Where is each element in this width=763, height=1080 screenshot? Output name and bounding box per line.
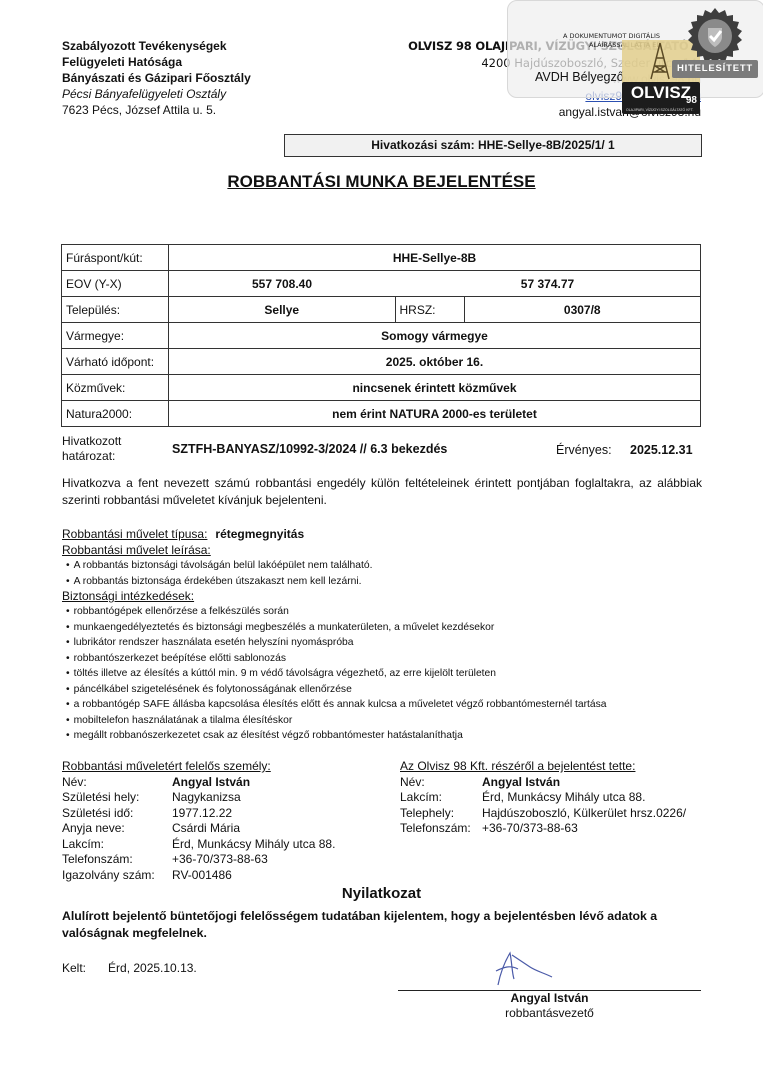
reporter-block: Az Olvisz 98 Kft. részéről a bejelentést… <box>400 759 703 837</box>
field-value: Csárdi Mária <box>172 821 240 837</box>
operation-description-list: A robbantás biztonsági távolságán belül … <box>66 558 372 589</box>
well-info-table: Fúráspont/kút: HHE-Sellye-8B EOV (Y-X) 5… <box>61 244 701 427</box>
field-label: Név: <box>62 775 172 791</box>
county-value: Somogy vármegye <box>169 323 701 349</box>
intro-paragraph: Hivatkozva a fent nevezett számú robbant… <box>62 475 702 509</box>
eov-y-value: 557 708.40 <box>169 271 396 297</box>
operation-type-row: Robbantási művelet típusa:rétegmegnyitás <box>62 527 304 541</box>
well-label: Fúráspont/kút: <box>62 245 169 271</box>
olvisz-logo: OLVISZ 98 OLAJIPARI, VÍZÜGYI SZOLGÁLTATÓ… <box>622 82 700 114</box>
hrsz-value: 0307/8 <box>464 297 701 323</box>
reporter-heading: Az Olvisz 98 Kft. részéről a bejelentést… <box>400 759 703 775</box>
field-label: Név: <box>400 775 482 791</box>
field-value: RV-001486 <box>172 868 232 884</box>
field-label: Telephely: <box>400 806 482 822</box>
field-value: Érd, Munkácsy Mihály utca 88. <box>482 790 645 806</box>
responsible-person-block: Robbantási műveletért felelős személy: N… <box>62 759 335 883</box>
person-row: Születési hely:Nagykanizsa <box>62 790 335 806</box>
person-name: Angyal István <box>482 775 560 791</box>
safety-measures-label: Biztonsági intézkedések: <box>62 589 194 603</box>
authority-office: Pécsi Bányafelügyeleti Osztály <box>62 86 251 102</box>
field-value: +36-70/373-88-63 <box>482 821 578 837</box>
person-row: Anyja neve:Csárdi Mária <box>62 821 335 837</box>
person-row: Lakcím:Érd, Munkácsy Mihály utca 88. <box>400 790 703 806</box>
declaration-title: Nyilatkozat <box>0 885 763 902</box>
list-item: páncélkábel szigetelésének és folytonoss… <box>66 682 607 698</box>
field-label: Lakcím: <box>400 790 482 806</box>
date-label: Várható időpont: <box>62 349 169 375</box>
resolution-label-line2: határozat: <box>62 449 121 464</box>
field-label: Igazolvány szám: <box>62 868 172 884</box>
date-place-value: Érd, 2025.10.13. <box>108 961 197 975</box>
utilities-label: Közművek: <box>62 375 169 401</box>
resolution-label: Hivatkozott határozat: <box>62 434 121 464</box>
table-row: Natura2000: nem érint NATURA 2000-es ter… <box>62 401 701 427</box>
person-row: Név:Angyal István <box>400 775 703 791</box>
authority-name-line1: Szabályozott Tevékenységek <box>62 38 251 54</box>
field-value: Érd, Munkácsy Mihály utca 88. <box>172 837 335 853</box>
person-row: Név:Angyal István <box>62 775 335 791</box>
eov-x-value: 57 374.77 <box>395 271 701 297</box>
table-row: Várható időpont: 2025. október 16. <box>62 349 701 375</box>
field-value: Hajdúszoboszló, Külkerület hrsz.0226/ <box>482 806 686 822</box>
person-row: Születési idő:1977.12.22 <box>62 806 335 822</box>
logo-number: 98 <box>686 96 697 106</box>
reference-number: Hivatkozási szám: HHE-Sellye-8B/2025/1/ … <box>284 134 702 157</box>
operation-type-label: Robbantási művelet típusa: <box>62 527 207 541</box>
person-row: Telephely:Hajdúszoboszló, Külkerület hrs… <box>400 806 703 822</box>
operation-type-value: rétegmegnyitás <box>215 527 304 541</box>
handwritten-signature <box>490 945 570 990</box>
field-label: Születési idő: <box>62 806 172 822</box>
person-row: Igazolvány szám:RV-001486 <box>62 868 335 884</box>
list-item: a robbantógép SAFE állásba kapcsolása él… <box>66 697 607 713</box>
responsible-person-heading: Robbantási műveletért felelős személy: <box>62 759 335 775</box>
field-label: Telefonszám: <box>400 821 482 837</box>
date-place-row: Kelt:Érd, 2025.10.13. <box>62 961 197 975</box>
settlement-value: Sellye <box>169 297 396 323</box>
resolution-label-line1: Hivatkozott <box>62 434 121 449</box>
signer-role: robbantásvezető <box>398 1006 701 1020</box>
page-title: ROBBANTÁSI MUNKA BEJELENTÉSE <box>0 172 763 192</box>
utilities-value: nincsenek érintett közművek <box>169 375 701 401</box>
person-row: Telefonszám:+36-70/373-88-63 <box>62 852 335 868</box>
natura-label: Natura2000: <box>62 401 169 427</box>
person-name: Angyal István <box>172 775 250 791</box>
logo-text: OLVISZ <box>631 83 691 102</box>
recipient-authority-block: Szabályozott Tevékenységek Felügyeleti H… <box>62 38 251 118</box>
list-item: lubrikátor rendszer használata esetén he… <box>66 635 607 651</box>
signer-name: Angyal István <box>398 991 701 1005</box>
field-label: Telefonszám: <box>62 852 172 868</box>
list-item: mobiltelefon használatának a tilalma éle… <box>66 713 607 729</box>
list-item: A robbantás biztonsági távolságán belül … <box>66 558 372 574</box>
field-value: +36-70/373-88-63 <box>172 852 268 868</box>
valid-until-value: 2025.12.31 <box>630 443 693 457</box>
list-item: robbantógépek ellenőrzése a felkészülés … <box>66 604 607 620</box>
date-label: Kelt: <box>62 961 86 975</box>
person-row: Telefonszám:+36-70/373-88-63 <box>400 821 703 837</box>
operation-description-label: Robbantási művelet leírása: <box>62 543 211 557</box>
field-label: Lakcím: <box>62 837 172 853</box>
authority-department: Bányászati és Gázipari Főosztály <box>62 70 251 86</box>
field-label: Születési hely: <box>62 790 172 806</box>
logo-subtitle: OLAJIPARI, VÍZÜGYI SZOLGÁLTATÓ KFT. <box>626 108 693 112</box>
declaration-text: Alulírott bejelentő büntetőjogi felelőss… <box>62 908 712 942</box>
table-row: Vármegye: Somogy vármegye <box>62 323 701 349</box>
well-value: HHE-Sellye-8B <box>169 245 701 271</box>
table-row: Közművek: nincsenek érintett közművek <box>62 375 701 401</box>
settlement-label: Település: <box>62 297 169 323</box>
table-row: Település: Sellye HRSZ: 0307/8 <box>62 297 701 323</box>
table-row: EOV (Y-X) 557 708.40 57 374.77 <box>62 271 701 297</box>
authority-name-line2: Felügyeleti Hatósága <box>62 54 251 70</box>
valid-until-label: Érvényes: <box>556 443 612 457</box>
list-item: töltés illetve az élesítés a kúttól min.… <box>66 666 607 682</box>
date-value: 2025. október 16. <box>169 349 701 375</box>
hrsz-label: HRSZ: <box>395 297 464 323</box>
avdh-stamp-label: AVDH Bélyegző <box>535 70 624 84</box>
table-row: Fúráspont/kút: HHE-Sellye-8B <box>62 245 701 271</box>
list-item: robbantószerkezet beépítése előtti sablo… <box>66 651 607 667</box>
natura-value: nem érint NATURA 2000-es területet <box>169 401 701 427</box>
field-label: Anyja neve: <box>62 821 172 837</box>
eov-label: EOV (Y-X) <box>62 271 169 297</box>
list-item: megállt robbanószerkezetet csak az élesí… <box>66 728 607 744</box>
field-value: 1977.12.22 <box>172 806 232 822</box>
authority-address: 7623 Pécs, József Attila u. 5. <box>62 102 251 118</box>
seal-label: HITELESÍTETT <box>672 60 758 78</box>
county-label: Vármegye: <box>62 323 169 349</box>
list-item: A robbantás biztonsága érdekében útszaka… <box>66 574 372 590</box>
list-item: munkaengedélyeztetés és biztonsági megbe… <box>66 620 607 636</box>
field-value: Nagykanizsa <box>172 790 241 806</box>
resolution-value: SZTFH-BANYASZ/10992-3/2024 // 6.3 bekezd… <box>172 442 447 456</box>
safety-measures-list: robbantógépek ellenőrzése a felkészülés … <box>66 604 607 744</box>
person-row: Lakcím:Érd, Munkácsy Mihály utca 88. <box>62 837 335 853</box>
